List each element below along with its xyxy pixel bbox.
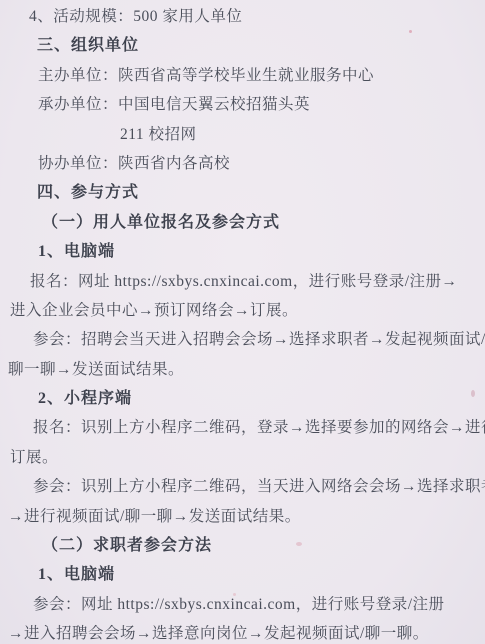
item-activity-scale: 4、活动规模：500 家用人单位 bbox=[0, 2, 485, 31]
line-mini-join-1: 参会：识别上方小程序二维码，当天进入网络会会场→选择求职者 bbox=[0, 472, 485, 501]
line-employer-signup-1: 报名：网址 https://sxbys.cnxincai.com，进行账号登录/… bbox=[0, 267, 485, 296]
heading-sub-jobseeker: （二）求职者参会方法 bbox=[0, 531, 485, 560]
line-employer-join-1: 参会：招聘会当天进入招聘会会场→选择求职者→发起视频面试/ bbox=[0, 325, 485, 354]
heading-employer-mini: 2、小程序端 bbox=[0, 384, 485, 413]
heading-sub-employer: （一）用人单位报名及参会方式 bbox=[0, 208, 485, 237]
heading-section-3: 三、组织单位 bbox=[0, 31, 485, 60]
line-undertaker-unit-cont: 211 校招网 bbox=[0, 120, 485, 149]
line-mini-signup-2: 订展。 bbox=[0, 443, 485, 472]
line-employer-signup-2: 进入企业会员中心→预订网络会→订展。 bbox=[0, 296, 485, 325]
line-jobseeker-join-1: 参会：网址 https://sxbys.cnxincai.com，进行账号登录/… bbox=[0, 590, 485, 619]
line-undertaker-unit: 承办单位：中国电信天翼云校招猫头英 bbox=[0, 90, 485, 119]
line-mini-join-2: →进行视频面试/聊一聊→发送面试结果。 bbox=[0, 502, 485, 531]
line-mini-signup-1: 报名：识别上方小程序二维码，登录→选择要参加的网络会→进行 bbox=[0, 413, 485, 442]
line-employer-join-2: 聊一聊→发送面试结果。 bbox=[0, 355, 485, 384]
line-co-organizer-unit: 协办单位：陕西省内各高校 bbox=[0, 149, 485, 178]
document-page: 4、活动规模：500 家用人单位三、组织单位主办单位：陕西省高等学校毕业生就业服… bbox=[0, 0, 485, 644]
heading-jobseeker-pc: 1、电脑端 bbox=[0, 560, 485, 589]
line-jobseeker-join-2: →进入招聘会会场→选择意向岗位→发起视频面试/聊一聊。 bbox=[0, 619, 485, 644]
line-host-unit: 主办单位：陕西省高等学校毕业生就业服务中心 bbox=[0, 61, 485, 90]
heading-employer-pc: 1、电脑端 bbox=[0, 237, 485, 266]
heading-section-4: 四、参与方式 bbox=[0, 178, 485, 207]
